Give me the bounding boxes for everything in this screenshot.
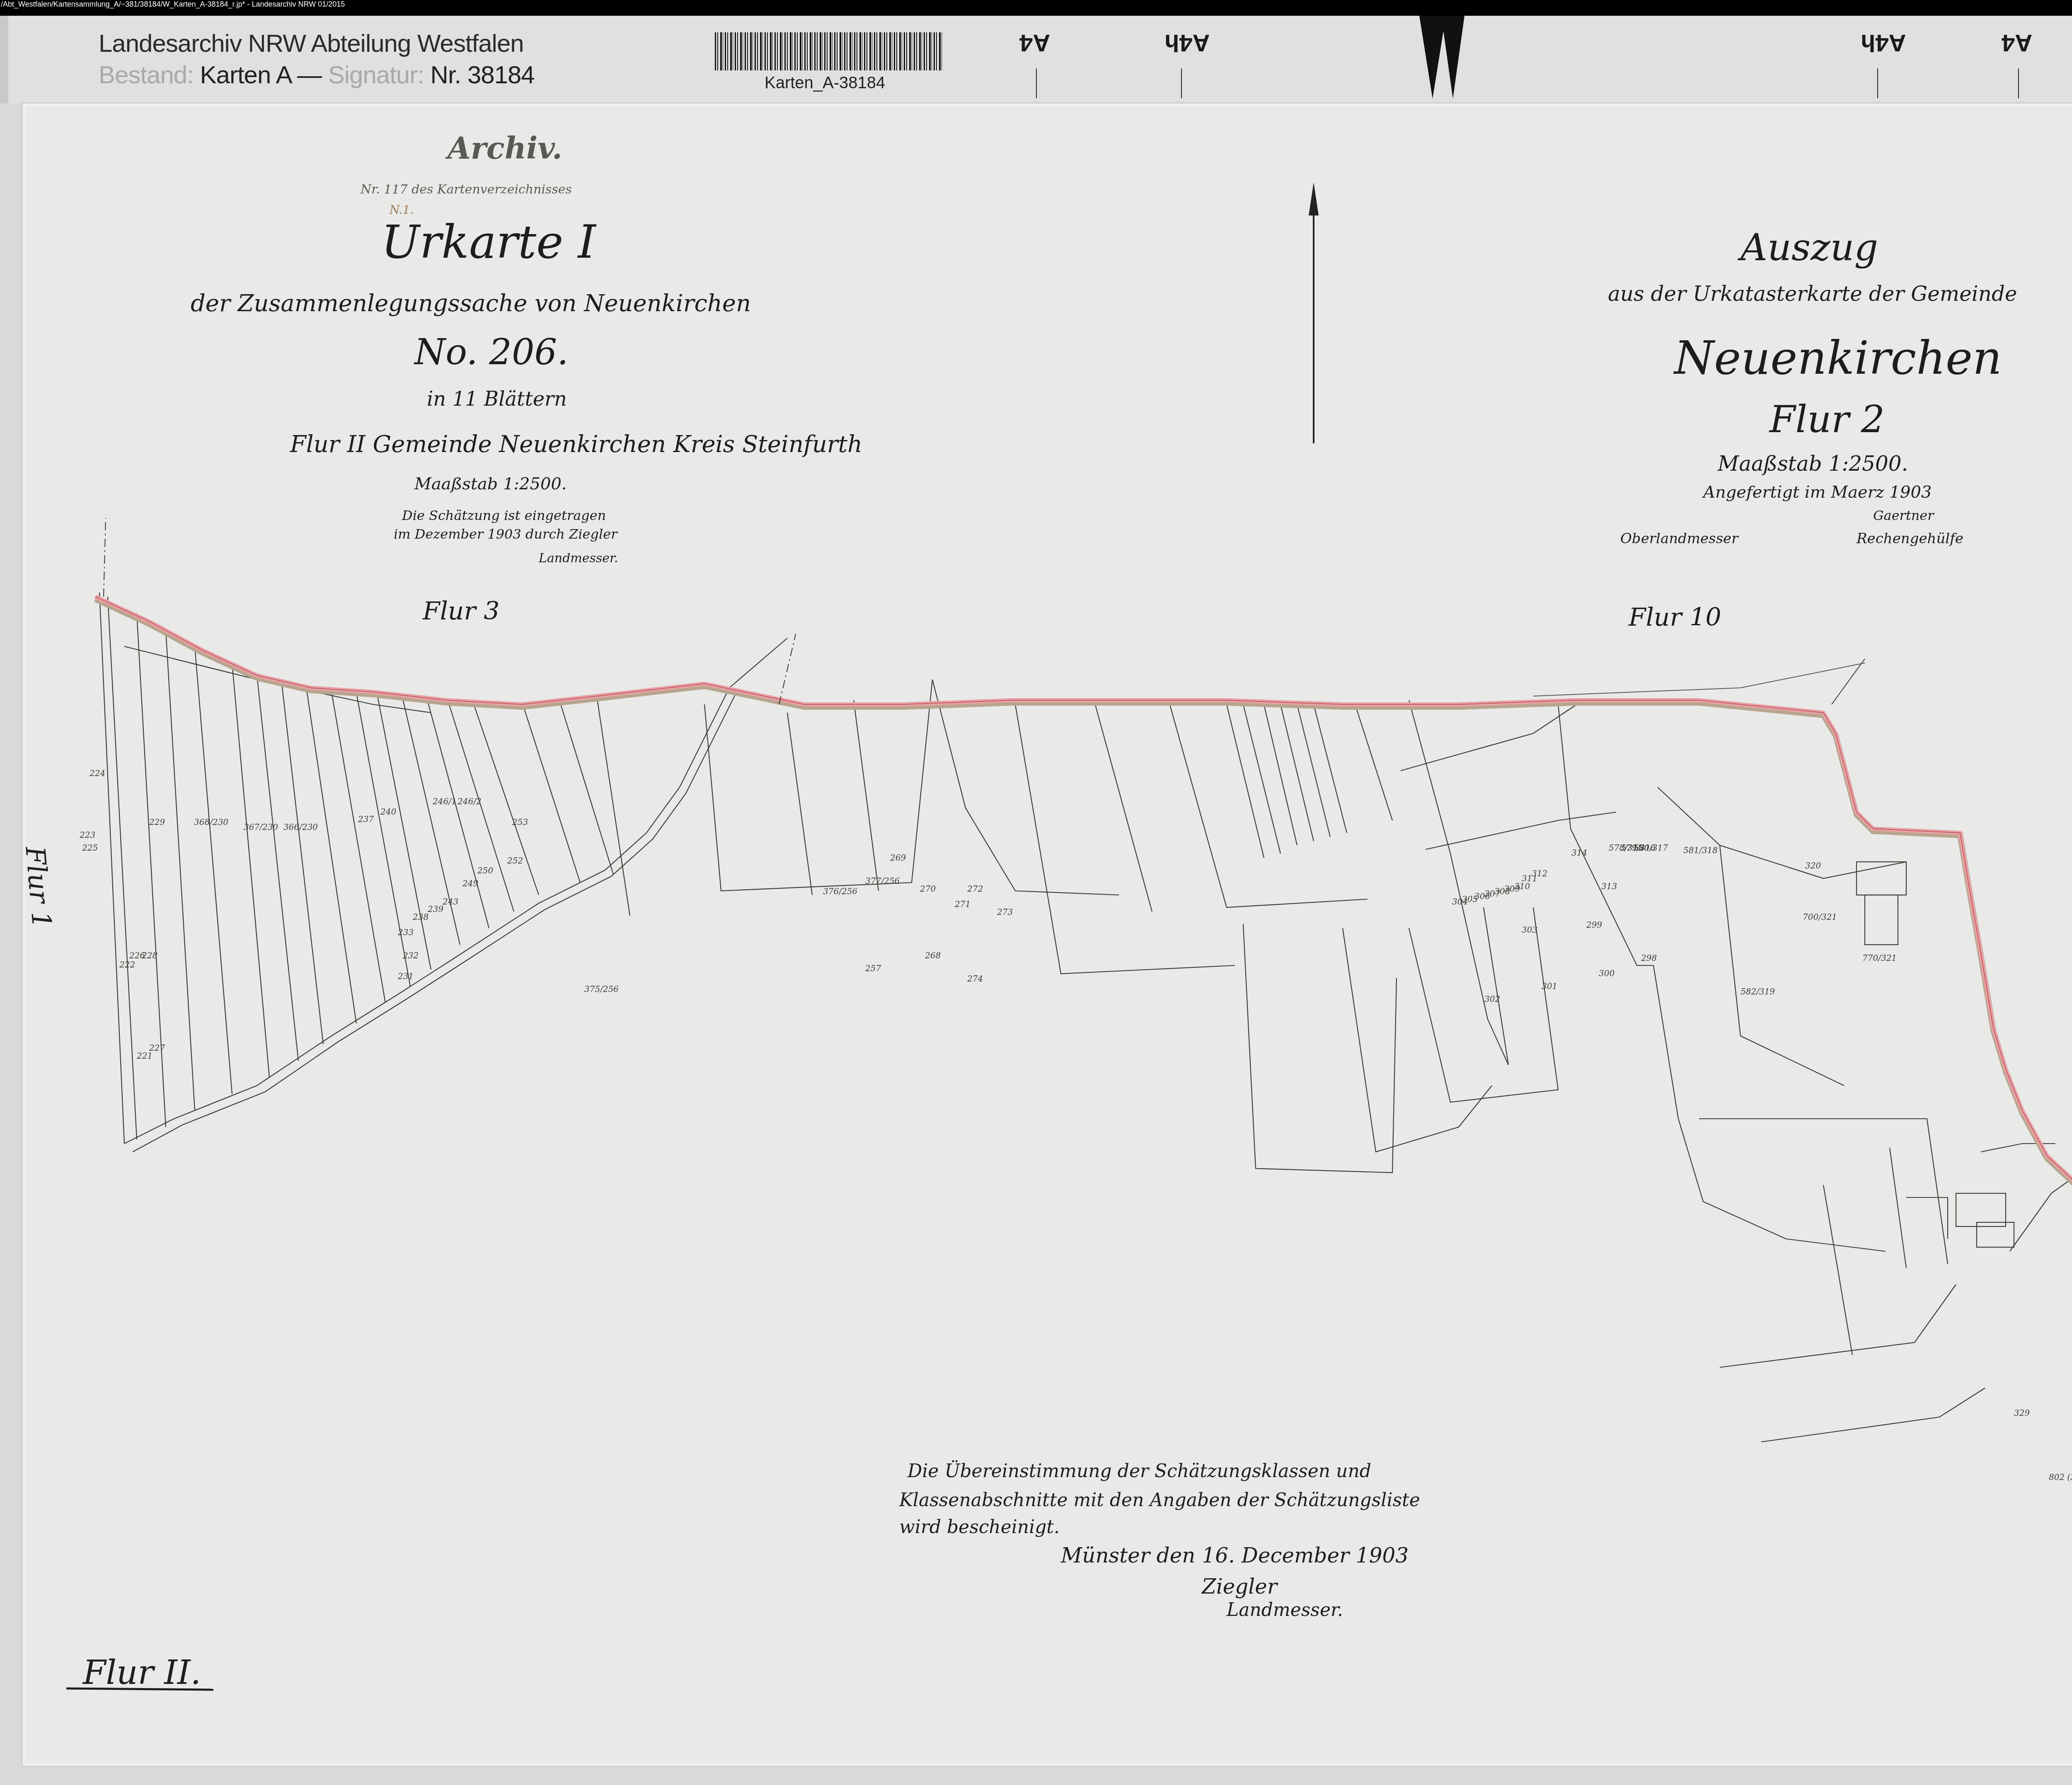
neighbour-flur-10: Flur 10	[1629, 603, 1721, 632]
parcel-number: 222	[119, 960, 135, 970]
parcel-number: 580/317	[1634, 843, 1668, 853]
parcel-number: 802 (330a)773	[2049, 1472, 2072, 1482]
right-title-made: Angefertigt im Maerz 1903	[1703, 483, 1932, 502]
certification-line-3: wird bescheinigt.	[899, 1517, 1060, 1538]
right-title: Auszug	[1740, 226, 1878, 269]
parcel-number: 376/256	[823, 886, 857, 896]
register-sub: N.1.	[390, 203, 414, 217]
parcel-number: 257	[865, 963, 881, 973]
parcel-number: 233	[398, 927, 414, 937]
left-title-line1: der Zusammenlegungssache von Neuenkirche…	[191, 290, 751, 317]
parcel-number: 273	[997, 907, 1013, 917]
parcel-number: 238	[413, 912, 428, 922]
parcel-number: 700/321	[1803, 912, 1837, 922]
parcel-number: 249	[462, 878, 478, 888]
parcel-number: 313	[1601, 881, 1617, 891]
right-title-flur: Flur 2	[1769, 398, 1885, 441]
parcel-number: 253	[512, 817, 528, 827]
parcel-number: 367/230	[244, 822, 278, 832]
parcel-number: 312	[1532, 868, 1547, 878]
north-arrow-icon	[1309, 182, 1319, 443]
parcel-number: 268	[925, 951, 941, 960]
parcel-number: 377/256	[865, 876, 900, 886]
left-signer-role: Landmesser.	[539, 551, 618, 566]
parcel-number: 246/2	[457, 796, 482, 806]
parcel-number: 239	[428, 904, 443, 914]
parcel-number: 329	[2014, 1408, 2030, 1418]
parcel-number: 270	[920, 884, 936, 894]
parcel-number: 250	[477, 866, 493, 876]
parcel-number: 228	[142, 951, 157, 960]
certification-line-1: Die Übereinstimmung der Schätzungsklasse…	[908, 1461, 1371, 1482]
archive-stamp: Archiv.	[448, 131, 562, 166]
right-role-right: Rechengehülfe	[1857, 530, 1963, 547]
right-title-scale: Maaßstab 1:2500.	[1718, 452, 1908, 476]
parcel-number: 300	[1599, 968, 1615, 978]
parcel-number: 366/230	[283, 822, 318, 832]
parcel-number: 320	[1805, 861, 1821, 871]
parcel-number: 229	[149, 817, 165, 827]
parcel-number: 243	[443, 897, 458, 907]
certification-role: Landmesser.	[1227, 1599, 1343, 1621]
left-title-number: No. 206.	[414, 331, 569, 373]
parcel-number: 232	[403, 951, 419, 960]
sheet-label: Flur II.	[83, 1653, 201, 1692]
parcel-number: 252	[507, 856, 523, 866]
parcel-number: 246/1	[433, 796, 457, 806]
certification-place-date: Münster den 16. December 1903	[1061, 1543, 1409, 1567]
right-signature: Gaertner	[1873, 508, 1934, 523]
parcel-number: 375/256	[584, 984, 619, 994]
left-title-location: Flur II Gemeinde Neuenkirchen Kreis Stei…	[290, 431, 862, 458]
parcel-number: 299	[1586, 920, 1602, 930]
certification-signature: Ziegler	[1202, 1575, 1277, 1599]
parcel-number: 770/321	[1862, 953, 1897, 963]
parcel-number: 581/318	[1683, 845, 1718, 855]
parcel-number: 303	[1522, 925, 1537, 935]
left-title-sheets: in 11 Blättern	[427, 387, 567, 411]
parcel-number: 269	[890, 853, 906, 863]
parcel-number: 231	[398, 971, 414, 981]
neighbour-flur-3: Flur 3	[423, 597, 499, 626]
parcel-number: 224	[90, 768, 105, 778]
left-note-2: im Dezember 1903 durch Ziegler	[394, 526, 617, 542]
register-note: Nr. 117 des Kartenverzeichnisses	[361, 182, 572, 197]
parcel-number: 582/319	[1740, 987, 1775, 997]
parcel-number: 271	[955, 899, 971, 909]
parcel-number: 221	[137, 1051, 152, 1061]
right-role-left: Oberlandmesser	[1620, 530, 1738, 547]
parcel-number: 298	[1641, 953, 1657, 963]
parcel-number: 237	[358, 814, 374, 824]
right-title-line1: aus der Urkatasterkarte der Gemeinde	[1608, 282, 2017, 306]
left-title: Urkarte I	[381, 215, 596, 268]
parcel-number: 223	[80, 830, 95, 840]
parcel-number: 368/230	[194, 817, 228, 827]
parcel-number: 240	[380, 807, 396, 817]
certification-line-2: Klassenabschnitte mit den Angaben der Sc…	[899, 1490, 1420, 1511]
left-note-1: Die Schätzung ist eingetragen	[402, 508, 606, 523]
parcel-number: 274	[967, 974, 983, 984]
right-title-municipality: Neuenkirchen	[1674, 331, 2002, 385]
parcel-number: 314	[1571, 848, 1587, 858]
parcel-number: 272	[967, 884, 983, 894]
left-title-scale: Maaßstab 1:2500.	[414, 474, 567, 493]
parcel-number: 302	[1484, 994, 1500, 1004]
parcel-number: 225	[82, 843, 98, 853]
parcel-number: 301	[1542, 981, 1557, 991]
